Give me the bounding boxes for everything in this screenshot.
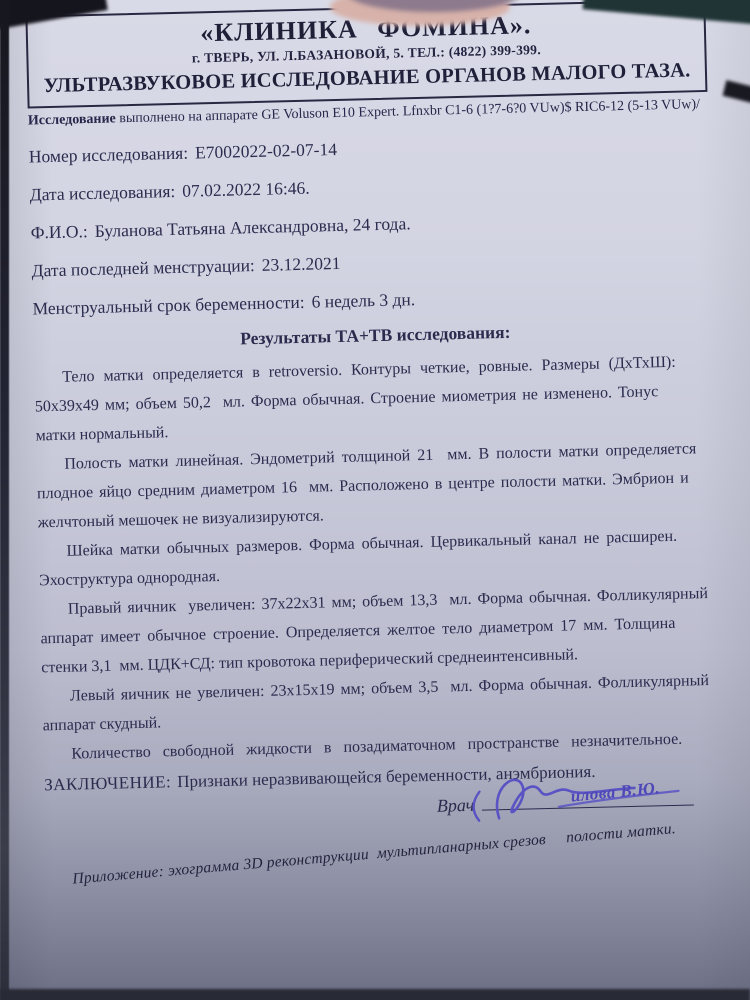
info-value: 23.12.2021	[262, 253, 341, 275]
document-photo: «КЛИНИКА ФОМИНА». г. ТВЕРЬ, УЛ. Л.БАЗАНО…	[0, 0, 750, 1000]
info-value: Буланова Татьяна Александровна, 24 года.	[95, 213, 411, 241]
info-label: Номер исследования:	[29, 143, 189, 167]
info-line-last-menstruation: Дата последней менструации:23.12.2021	[31, 243, 731, 281]
info-label: Ф.И.О.:	[30, 221, 88, 242]
info-line-study-date: Дата исследования:07.02.2022 16:46.	[30, 167, 730, 205]
info-value: 6 недель 3 дн.	[311, 289, 415, 312]
finger	[330, 0, 525, 30]
info-line-study-number: Номер исследования:E7002022-02-07-14	[29, 129, 729, 167]
info-label: Менструальный срок беременности:	[32, 292, 305, 319]
info-value: 07.02.2022 16:46.	[182, 178, 310, 201]
info-label: Дата последней менструации:	[31, 255, 255, 280]
photo-edge-bottom	[0, 989, 750, 1000]
conclusion-label: ЗАКЛЮЧЕНИЕ:	[44, 772, 172, 794]
info-value: E7002022-02-07-14	[195, 139, 337, 162]
info-line-gestational-age: Менструальный срок беременности:6 недель…	[32, 281, 732, 319]
report-body: Тело матки определяется в retroversio. К…	[34, 347, 724, 769]
info-block: Номер исследования:E7002022-02-07-14 Дат…	[29, 129, 733, 319]
report-content: «КЛИНИКА ФОМИНА». г. ТВЕРЬ, УЛ. Л.БАЗАНО…	[9, 0, 746, 890]
info-label: Дата исследования:	[30, 181, 176, 205]
photo-edge-left	[0, 0, 9, 1000]
info-line-patient-name: Ф.И.О.:Буланова Татьяна Александровна, 2…	[30, 205, 730, 243]
device-line-lead: Исследование	[28, 111, 116, 128]
